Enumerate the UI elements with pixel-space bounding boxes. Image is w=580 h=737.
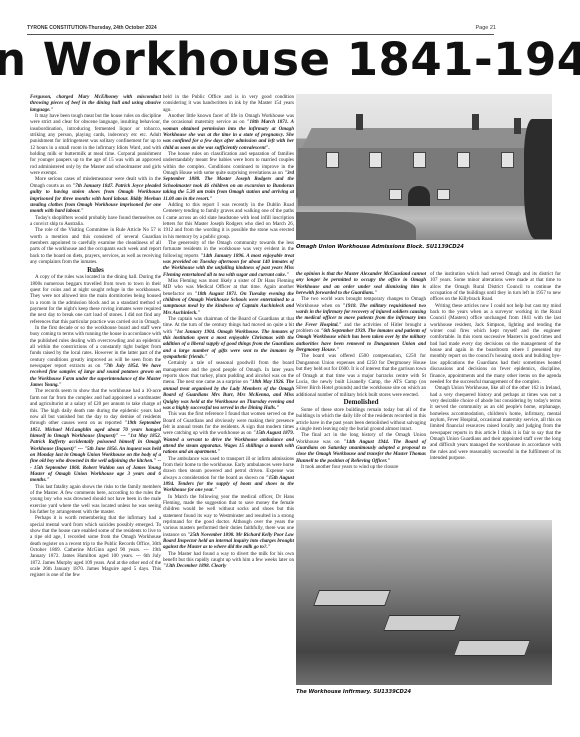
paragraph: Some of these store buildings remain tod… [296,407,426,432]
tree [524,119,552,239]
paragraph: Adding to this report I was recently in … [163,202,294,240]
paragraph: This last fatality again shows the risks… [30,484,161,516]
paragraph: The Master had found a way to divert the… [163,551,294,570]
paragraph: Certainly a tale of seasonal goodwill fr… [163,360,294,411]
chimney [472,114,479,130]
lawn [296,212,416,240]
article-column-3: the opinion is that the Master Alexander… [296,271,426,470]
paragraph: In March the following year the medical … [163,494,294,551]
paragraph: The house rules on classification and se… [163,151,294,202]
article-headline: n Workhouse 1841-1948 [0,34,580,86]
paragraph: In the first decade or so the workhouse … [30,325,161,388]
workhouse-infirmary-photo [296,520,552,685]
roof-shape [302,128,542,148]
paragraph: of the institution which had served Omag… [430,271,561,303]
paragraph: The ambulance was used to transport ill … [163,456,294,494]
paragraph: More serious cases of misdemeanour were … [30,176,161,214]
chimney [514,118,521,134]
paragraph: The captain was chairman of the Board of… [163,316,294,360]
paragraph: A copy of the rules was located in the d… [30,274,161,325]
paragraph: Ferguson, charged Mary McElhoney with mi… [30,94,161,113]
paragraph: This was the first reference I found tha… [163,411,294,455]
window [413,152,426,168]
window [437,189,450,200]
paragraph: It took another four years to wind up th… [296,464,426,470]
paragraph: The role of the Visiting Committee in Ru… [30,227,161,265]
paragraph: The generosity of the Omagh community to… [163,240,294,278]
publication-line: TYRONE CONSTITUTION-Thursday, 24th Octob… [27,25,157,31]
arched-doorway [408,186,430,206]
paragraph: Writing these articles now I could not h… [430,303,561,385]
window [369,152,382,168]
chimney [356,114,363,130]
subheading-demolished: Demolished [296,398,426,406]
paragraph: The two world wars brought temporary cha… [296,296,426,353]
paragraph: The final act in the long history of the… [296,432,426,464]
photo-caption: Omagh Union Workhouse Admissions Block. … [296,244,464,250]
paragraph: held in the Public Office and is in very… [163,94,294,113]
paragraph: Omagh Union Workhouse, like all of the o… [430,385,561,461]
infirmary-bed [383,615,461,631]
article-column-4: of the institution which had served Omag… [430,271,561,461]
paragraph: It may have been tough meat but the hous… [30,113,161,176]
paragraph: Perhaps it is worth remembering that the… [30,515,161,578]
paragraph: Another little known facet of life in Om… [163,113,294,151]
subheading-rules: Rules [30,266,161,274]
article-column-2: held in the Public Office and is in very… [163,94,294,570]
admissions-block-photo [296,94,552,240]
window [326,152,339,168]
paragraph: the opinion is that the Master Alexander… [296,271,426,296]
photo-caption: The Workhouse Infirmary. SU1339CD24 [296,689,411,695]
infirmary-bed [453,640,531,656]
paragraph: Today's shoplifters would probably have … [30,215,161,228]
window [389,189,402,200]
infirmary-bed [313,590,391,606]
window [501,152,514,168]
page-number: Page 21 [476,25,497,31]
article-column-1: Ferguson, charged Mary McElhoney with mi… [30,94,161,579]
paragraph: The board was offered £500 compensation,… [296,353,426,397]
paragraph: Miss Fleming was most likely a sister of… [163,278,294,316]
window [457,152,470,168]
paragraph: The records seem to show that the workho… [30,388,161,483]
